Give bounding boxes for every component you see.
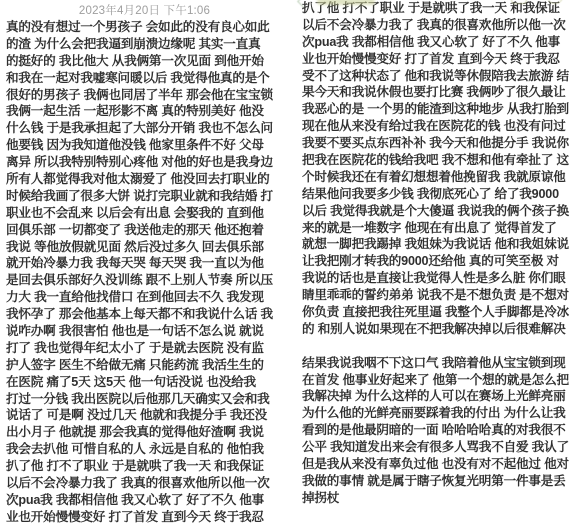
text-line: 受不了这种状态了 他和我说等休假陪我去旅游 结 <box>302 68 575 85</box>
back-chevron-icon[interactable] <box>297 0 310 8</box>
text-line: 以后不会冷暴力我了 我真的很喜欢他所以他一次 <box>6 475 285 492</box>
partial-app-header <box>289 0 579 11</box>
text-line: 真的没有想过一个男孩子 会如此的没有良心如此 <box>6 19 285 36</box>
text-line: 是回去俱乐部好久没训练 跟不上别人节奏 所以压 <box>6 272 285 289</box>
text-line: 就想一脚把我踢掉 我姐妹为我说话 他和我姐妹说 <box>302 236 575 253</box>
text-line: 我要不要买点东西补补 我今天和他提分手 我说你 <box>302 135 575 152</box>
text-line: 护人签字 医生不给做无痛 只能药流 我活生生的 <box>6 357 285 374</box>
text-line: 打了 我也觉得年纪太小了 于是就去医院 没有监 <box>6 340 285 357</box>
screenshot-canvas: 2023年4月20日 下午1:06 真的没有想过一个男孩子 会如此的没有良心如此… <box>0 0 579 527</box>
text-line: 我做的事情 就是属于瞎子恢复光明第一件事是丢 <box>302 473 575 490</box>
text-line: 现在他从来没有给过我在医院花的钱 也没有问过 <box>302 118 575 135</box>
text-line: 他要钱 因为我知道他没钱 他家里条件不好 父母 <box>6 137 285 154</box>
text-line: 和我在一起对我嘘寒问暖以后 我觉得他真的是个 <box>6 70 285 87</box>
text-line: 时候给我画了很多大饼 说打完职业就和我结婚 打 <box>6 188 285 205</box>
text-line: 打过一分钱 我出医院以后他那几天确实又会和我 <box>6 391 285 408</box>
text-line: 但是我从来没有辜负过他 也没有对不起他过 他对 <box>302 456 575 473</box>
text-line: 职业也不会乱来 以后会有出息 会娶我的 直到他 <box>6 205 285 222</box>
text-line: 果今天和我说休假也要打比赛 我俩吵了很久最让 <box>302 84 575 101</box>
text-line: 力大 我一直给他找借口 在到他回去不久 我发现 <box>6 289 285 306</box>
text-line: 睛里乖乖的誓约弟弟 说我不是不想负责 是不想对 <box>302 287 575 304</box>
text-line: 业也开始慢慢变好 打了首发 直到今天 终于我忍 <box>6 509 285 526</box>
text-line: 次pua我 我都相信他 我又心软了 好了不久 他事 <box>302 34 575 51</box>
circle-icon[interactable] <box>547 0 563 4</box>
text-line: 我解决掉 为什么这样的人可以在赛场上光鲜亮丽 <box>302 388 575 405</box>
text-line: 我说 等他放假就见面 然后没过多久 回去俱乐部 <box>6 239 285 256</box>
text-line: 回俱乐部 一切都变了 我送他走的那天 他还抱着 <box>6 222 285 239</box>
story-text-left: 真的没有想过一个男孩子 会如此的没有良心如此的渣 为什么会把我逼到崩溃边缘呢 其… <box>6 19 285 526</box>
text-line: 在医院 痛了5天 这5天 他一句话没说 也没给我 <box>6 374 285 391</box>
text-line: 看到的是他最阴暗的一面 哈哈哈哈真的对我很不 <box>302 422 575 439</box>
text-line: 我恶心的是 一个男的能渣到这种地步 从我打胎到 <box>302 101 575 118</box>
blurred-username <box>317 0 375 5</box>
text-line: 什么钱 于是我承担起了大部分开销 我也不怎么问 <box>6 120 285 137</box>
timestamp: 2023年4月20日 下午1:06 <box>0 4 289 18</box>
text-line: 次pua我 我都相信他 我又心软了 好了不久 他事 <box>6 492 285 509</box>
text-line: 我会去扒他 可惜自私的人 永远是自私的 他怕我 <box>6 441 285 458</box>
text-line: 我俩一起生活 一起形影不离 真的特别美好 他没 <box>6 103 285 120</box>
text-line: 的挺好的 我比他大 从我俩第一次见面 到他开始 <box>6 53 285 70</box>
text-line: 离异 所以我特别特别心疼他 对他的好也是我身边 <box>6 154 285 171</box>
text-line: 说咋办啊 我很害怕 他也是一句话不怎么说 就说 <box>6 323 285 340</box>
left-capture: 2023年4月20日 下午1:06 真的没有想过一个男孩子 会如此的没有良心如此… <box>0 0 289 527</box>
text-line: 掉拐杖 <box>302 490 575 507</box>
text-line: 扒了他 打不了职业 于是就哄了我一天 和我保证 <box>6 458 285 475</box>
text-line: 我怀孕了 那会他基本上每天都不和我说什么话 我 <box>6 306 285 323</box>
text-line: 所有人都觉得我对他太溺爱了 他没回去打职业的 <box>6 171 285 188</box>
text-line: 让我把刚才转我的9000还给他 真的可笑至极 对 <box>302 253 575 270</box>
text-line: 以后不会冷暴力我了 我真的很喜欢他所以他一次 <box>302 17 575 34</box>
text-line: 在首发 他事业好起来了 他第一个想的就是怎么把 <box>302 372 575 389</box>
share-box-icon[interactable] <box>511 0 527 4</box>
text-line: 公平 我知道发出来会有很多人骂我不自爱 我认了 <box>302 439 575 456</box>
text-line: 的 和别人说如果现在不把我解决掉以后很难解决 <box>302 321 575 338</box>
right-capture: 扒了他 打不了职业 于是就哄了我一天 和我保证以后不会冷暴力我了 我真的很喜欢他… <box>289 0 579 527</box>
text-line: 为什么他的光鲜亮丽要踩着我的付出 为什么让我 <box>302 405 575 422</box>
text-line: 个时候我还在有着幻想想着他挽留我 我就原谅他 <box>302 169 575 186</box>
text-line: 结果我说我咽不下这口气 我陪着他从宝宝锁到现 <box>302 355 575 372</box>
text-line: 就开始冷暴力我 我每天哭 每天哭 我一直以为他 <box>6 255 285 272</box>
text-line: 以后 我觉得我就是个大傻逼 我说我的俩个孩子换 <box>302 203 575 220</box>
text-line: 说话了 可是啊 没过几天 他就和我提分手 我还没 <box>6 407 285 424</box>
story-text-right: 扒了他 打不了职业 于是就哄了我一天 和我保证以后不会冷暴力我了 我真的很喜欢他… <box>302 0 575 507</box>
text-line: 出小月子 他就提 那会我真的觉得他好渣啊 我说 <box>6 424 285 441</box>
text-line: 业也开始慢慢变好 打了首发 直到今天 终于我忍 <box>302 51 575 68</box>
text-line: 很好的男孩子 我俩也同居了半年 那会他在宝宝锁 <box>6 87 285 104</box>
text-line: 来的就是一堆数字 他现在有出息了 觉得首发了 <box>302 220 575 237</box>
text-line: 把我在医院花的钱给我吧 我不想和他有牵扯了 这 <box>302 152 575 169</box>
text-line: 你负责 直接把我往死里逼 我整个人手脚都是冷冰 <box>302 304 575 321</box>
text-line <box>302 338 575 355</box>
text-line: 我说的话也是直接让我觉得人性是多么脏 你们眼 <box>302 270 575 287</box>
text-line: 结果他问我要多少钱 我彻底死心了 给了我9000 <box>302 186 575 203</box>
text-line: 的渣 为什么会把我逼到崩溃边缘呢 其实一直真 <box>6 36 285 53</box>
